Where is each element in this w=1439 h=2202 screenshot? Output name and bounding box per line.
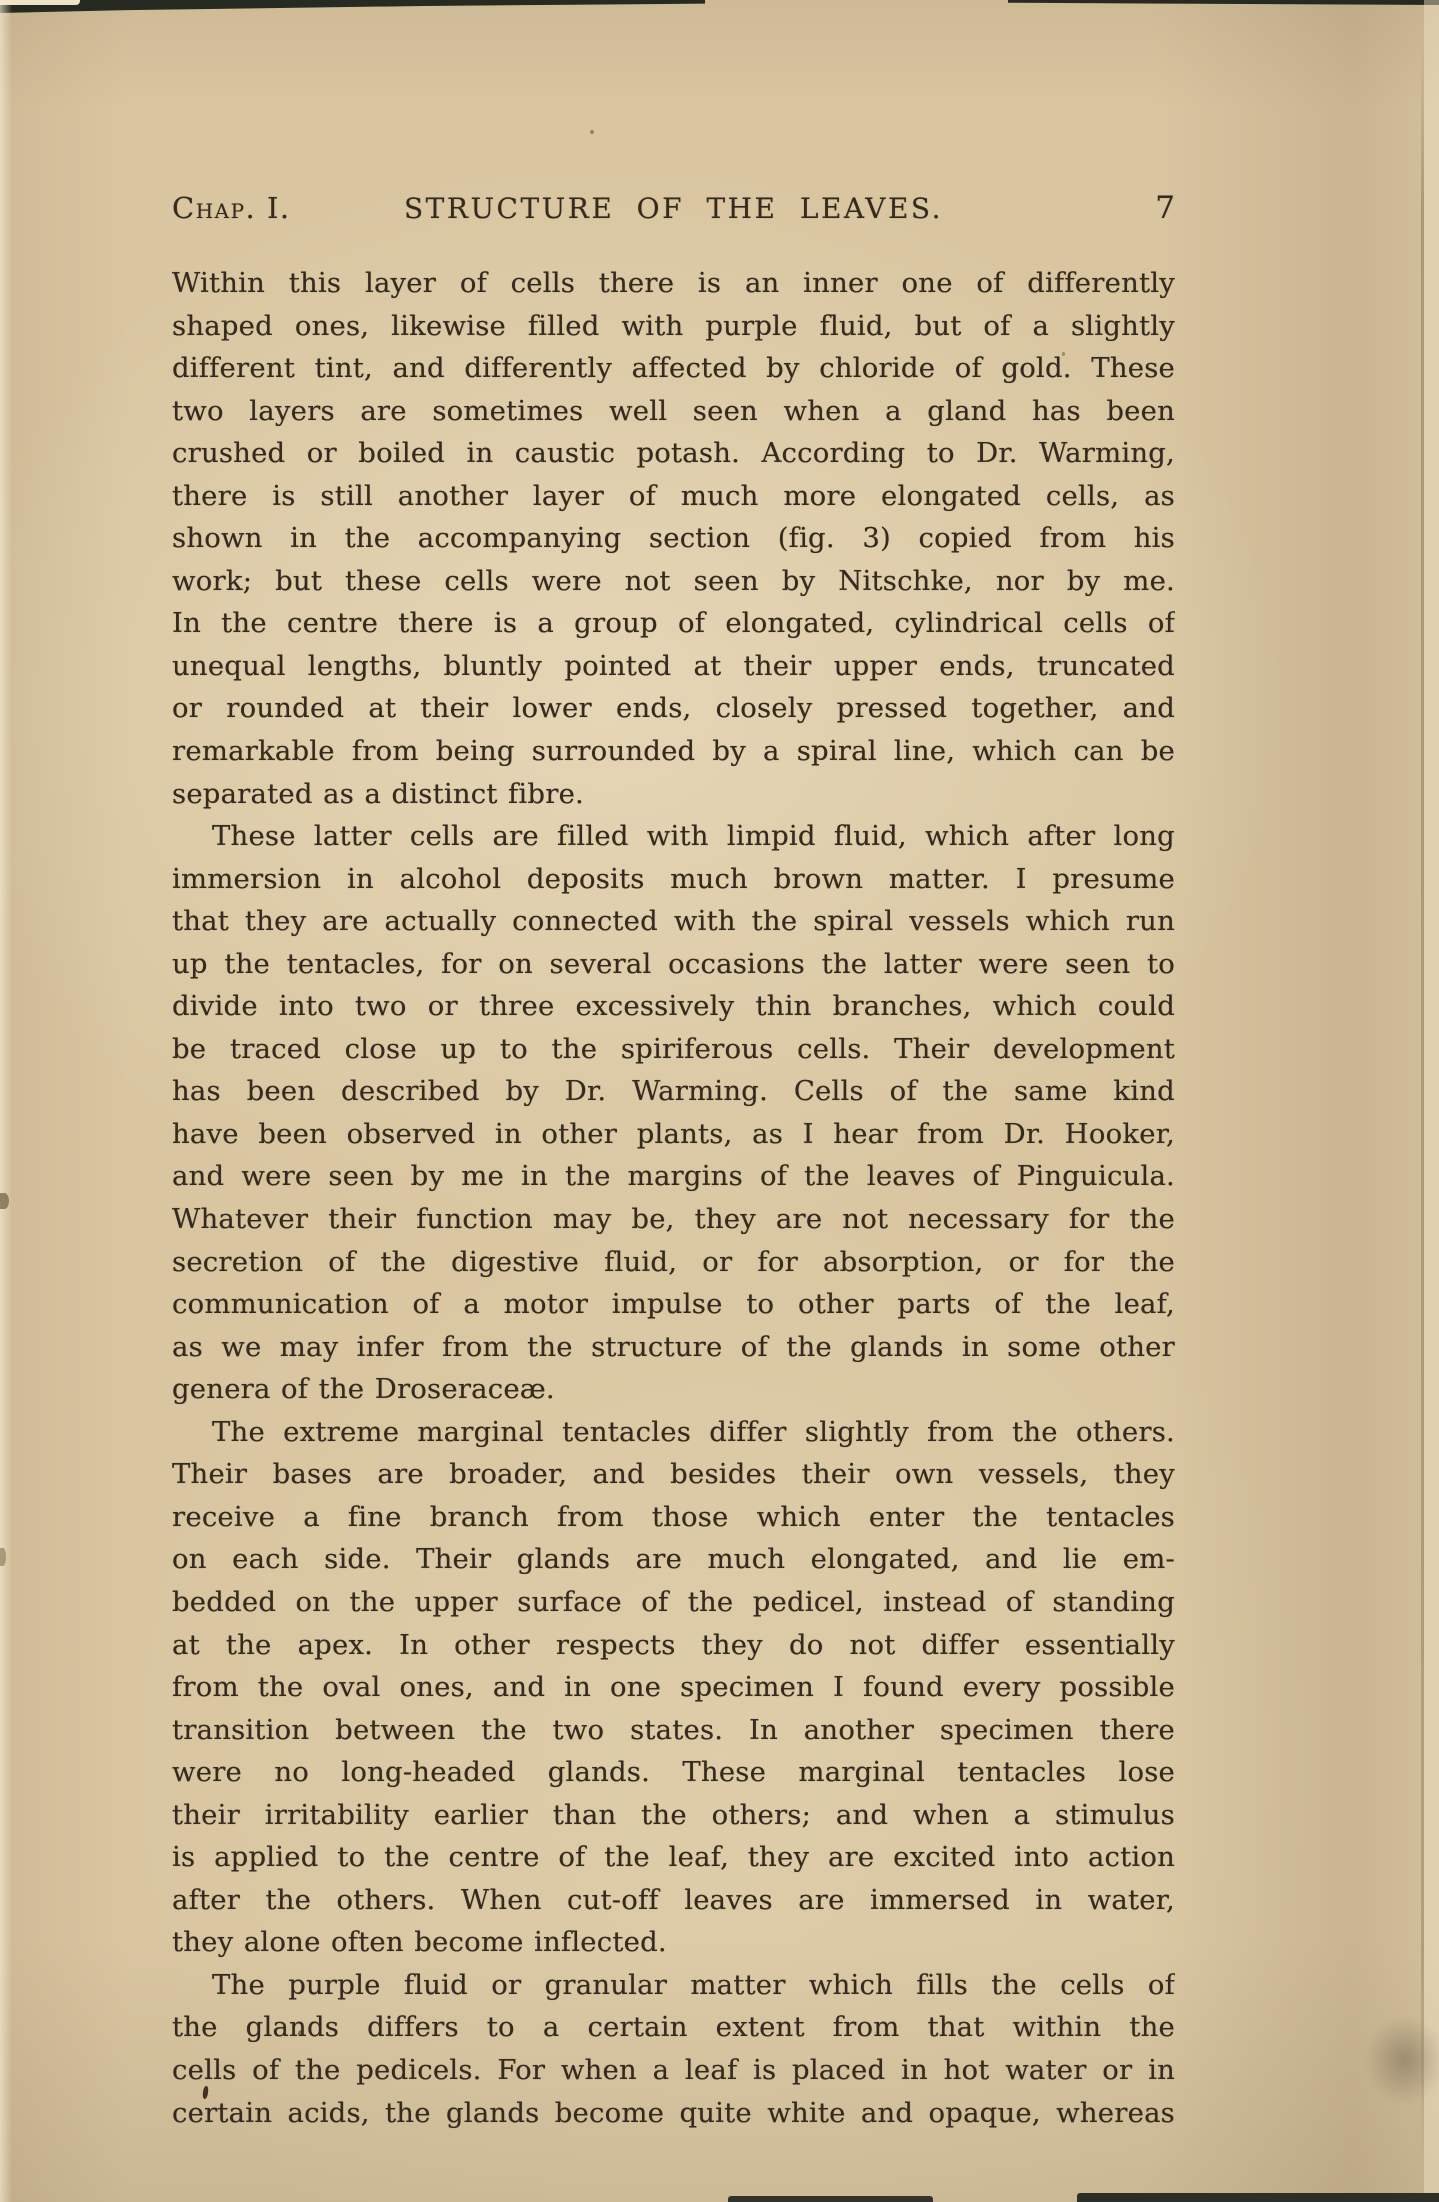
text-line: at the apex. In other respects they do n… [172, 1624, 1175, 1667]
text-line: on each side. Their glands are much elon… [172, 1538, 1175, 1581]
text-line: Their bases are broader, and besides the… [172, 1453, 1175, 1496]
header-chapter: Chap. I. [172, 191, 291, 225]
text-line: shown in the accompanying section (fig. … [172, 517, 1175, 560]
text-line: have been observed in other plants, as I… [172, 1113, 1175, 1156]
text-line: has been described by Dr. Warming. Cells… [172, 1070, 1175, 1113]
text-line: certain acids, the glands become quite w… [172, 2092, 1175, 2135]
text-line: there is still another layer of much mor… [172, 475, 1175, 518]
text-line: were no long-headed glands. These margin… [172, 1751, 1175, 1794]
text-line: immersion in alcohol deposits much brown… [172, 858, 1175, 901]
scan-edge-top-left [0, 0, 705, 13]
page-title: STRUCTURE OF THE LEAVES. [404, 192, 943, 225]
text-line: remarkable from being surrounded by a sp… [172, 730, 1175, 773]
text-line: cells of the pedicels. For when a leaf i… [172, 2049, 1175, 2092]
text-line: unequal lengths, bluntly pointed at thei… [172, 645, 1175, 688]
scan-corner-notch [0, 0, 80, 5]
page-number: 7 [1155, 190, 1175, 226]
text-line: as we may infer from the structure of th… [172, 1326, 1175, 1369]
text-line: the glands differs to a certain extent f… [172, 2006, 1175, 2049]
text-line: genera of the Droseraceæ. [172, 1368, 1175, 1411]
page-left-edge [0, 0, 12, 2202]
text-line: separated as a distinct fibre. [172, 773, 1175, 816]
text-line: that they are actually connected with th… [172, 900, 1175, 943]
text-line: Within this layer of cells there is an i… [172, 262, 1175, 305]
text-line: Whatever their function may be, they are… [172, 1198, 1175, 1241]
text-line: after the others. When cut-off leaves ar… [172, 1879, 1175, 1922]
text-line: they alone often become inflected. [172, 1921, 1175, 1964]
text-line: is applied to the centre of the leaf, th… [172, 1836, 1175, 1879]
scan-edge-bottom-1 [728, 2196, 933, 2202]
text-line: their irritability earlier than the othe… [172, 1794, 1175, 1837]
dust-speck [590, 130, 594, 134]
margin-mark [0, 1548, 6, 1566]
text-block: Within this layer of cells there is an i… [172, 262, 1175, 2134]
margin-mark [0, 1193, 9, 1209]
text-line: transition between the two states. In an… [172, 1709, 1175, 1752]
text-line: crushed or boiled in caustic potash. Acc… [172, 432, 1175, 475]
page-right-edge [1424, 0, 1439, 2202]
text-line: up the tentacles, for on several occasio… [172, 943, 1175, 986]
scan-edge-top-right [1008, 0, 1439, 5]
text-line: In the centre there is a group of elonga… [172, 602, 1175, 645]
page-header: Chap. I. STRUCTURE OF THE LEAVES. 7 [172, 190, 1175, 232]
text-line: receive a fine branch from those which e… [172, 1496, 1175, 1539]
text-line: secretion of the digestive fluid, or for… [172, 1241, 1175, 1284]
text-line: and were seen by me in the margins of th… [172, 1155, 1175, 1198]
book-page: Chap. I. STRUCTURE OF THE LEAVES. 7 With… [0, 0, 1439, 2202]
text-line: different tint, and differently affected… [172, 347, 1175, 390]
page-smudge [1365, 2015, 1439, 2105]
scan-edge-bottom-2 [1077, 2193, 1439, 2202]
text-line: two layers are sometimes well seen when … [172, 390, 1175, 433]
text-line: be traced close up to the spiriferous ce… [172, 1028, 1175, 1071]
text-line: These latter cells are filled with limpi… [172, 815, 1175, 858]
text-line: shaped ones, likewise filled with purple… [172, 305, 1175, 348]
text-line: divide into two or three excessively thi… [172, 985, 1175, 1028]
text-line: bedded on the upper surface of the pedic… [172, 1581, 1175, 1624]
text-line: communication of a motor impulse to othe… [172, 1283, 1175, 1326]
text-line: The purple fluid or granular matter whic… [172, 1964, 1175, 2007]
text-line: or rounded at their lower ends, closely … [172, 687, 1175, 730]
text-line: work; but these cells were not seen by N… [172, 560, 1175, 603]
page-right-crease [1421, 40, 1424, 2160]
text-line: from the oval ones, and in one specimen … [172, 1666, 1175, 1709]
text-line: The extreme marginal tentacles differ sl… [172, 1411, 1175, 1454]
